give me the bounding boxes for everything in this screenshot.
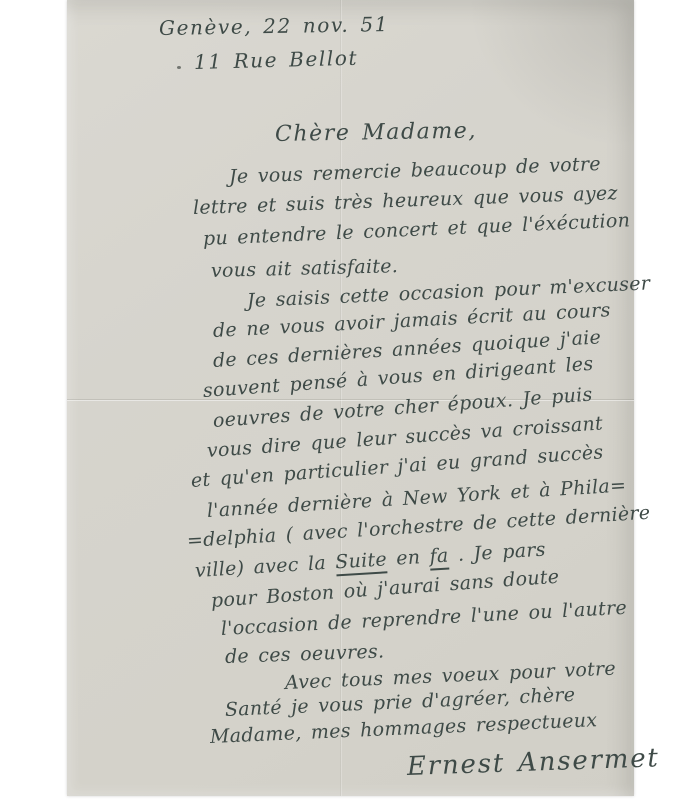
letter-line: de ces oeuvres. (225, 642, 385, 667)
letter-line: pu entendre le concert et que l'éxécutio… (203, 211, 631, 249)
underlined-key: fa (429, 545, 449, 571)
suite-line-post: . Je pars (448, 539, 547, 567)
underlined-work-title: Suite (335, 548, 388, 576)
letter-line: vous ait satisfaite. (211, 257, 399, 281)
paper-corner-shadow (454, 0, 634, 160)
letter-address: 11 Rue Bellot (194, 48, 359, 72)
suite-line-pre: ville) avec la (194, 551, 336, 582)
ink-speck (177, 66, 181, 69)
letter-place-date: Genève, 22 nov. 51 (159, 14, 389, 38)
letter-salutation: Chère Madame, (275, 120, 477, 146)
letter-line: Je vous remercie beaucoup de votre (229, 155, 601, 187)
signature: Ernest Ansermet (407, 745, 661, 780)
scanned-letter-photo: Genève, 22 nov. 51 11 Rue Bellot Chère M… (0, 0, 700, 800)
paper: Genève, 22 nov. 51 11 Rue Bellot Chère M… (67, 0, 634, 796)
suite-line-mid: en (386, 546, 430, 571)
